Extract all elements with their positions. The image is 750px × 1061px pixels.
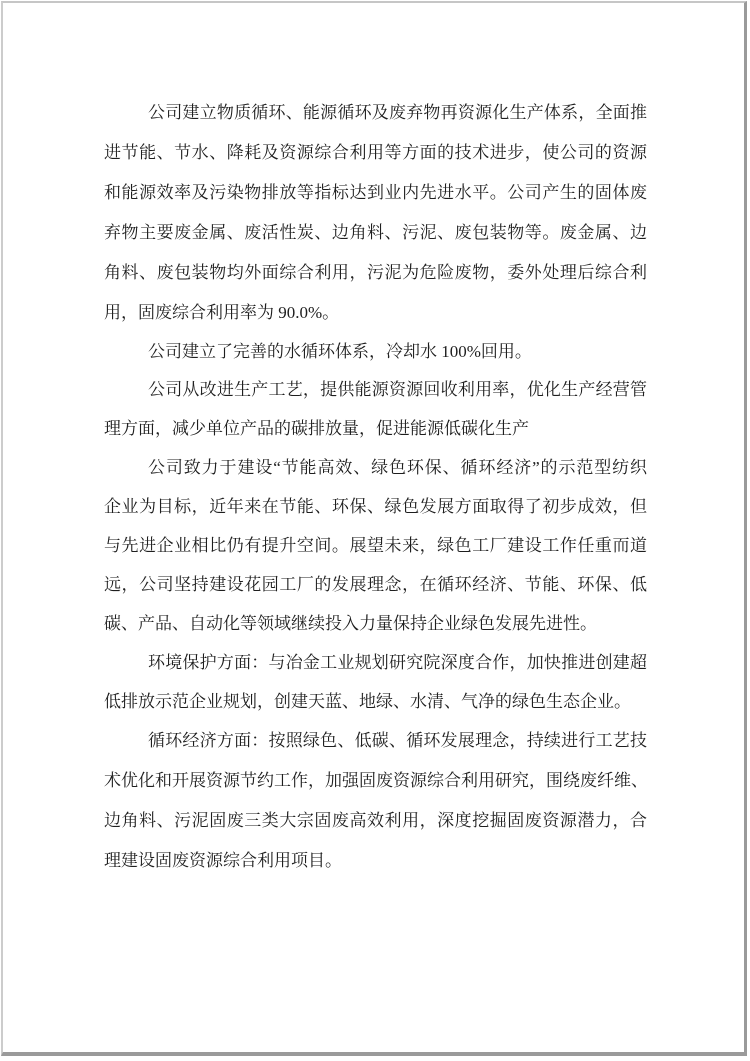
text-line: 公司致力于建设“节能高效、绿色环保、循环经济”的示范型纺织 bbox=[104, 448, 647, 487]
text-line: 角料、废包装物均外面综合利用，污泥为危险废物，委外处理后综合利 bbox=[104, 253, 647, 293]
paragraph: 公司从改进生产工艺，提供能源资源回收利用率，优化生产经营管理方面，减少单位产品的… bbox=[104, 370, 647, 448]
paragraph: 公司建立物质循环、能源循环及废弃物再资源化生产体系，全面推进节能、节水、降耗及资… bbox=[104, 93, 647, 333]
text-line: 环境保护方面：与冶金工业规划研究院深度合作，加快推进创建超 bbox=[104, 643, 647, 682]
text-line: 理建设固废资源综合利用项目。 bbox=[104, 841, 647, 881]
text-line: 公司建立物质循环、能源循环及废弃物再资源化生产体系，全面推 bbox=[104, 93, 647, 133]
paragraph: 公司建立了完善的水循环体系，冷却水 100%回用。 bbox=[104, 333, 647, 370]
paragraph: 公司致力于建设“节能高效、绿色环保、循环经济”的示范型纺织企业为目标，近年来在节… bbox=[104, 448, 647, 643]
paragraph: 循环经济方面：按照绿色、低碳、循环发展理念，持续进行工艺技术优化和开展资源节约工… bbox=[104, 721, 647, 881]
text-line: 边角料、污泥固废三类大宗固废高效利用，深度挖掘固废资源潜力，合 bbox=[104, 801, 647, 841]
text-line: 远，公司坚持建设花园工厂的发展理念，在循环经济、节能、环保、低 bbox=[104, 565, 647, 604]
text-line: 低排放示范企业规划，创建天蓝、地绿、水清、气净的绿色生态企业。 bbox=[104, 682, 647, 721]
paragraph: 环境保护方面：与冶金工业规划研究院深度合作，加快推进创建超低排放示范企业规划，创… bbox=[104, 643, 647, 721]
text-line: 循环经济方面：按照绿色、低碳、循环发展理念，持续进行工艺技 bbox=[104, 721, 647, 761]
document-content: 公司建立物质循环、能源循环及废弃物再资源化生产体系，全面推进节能、节水、降耗及资… bbox=[104, 93, 647, 881]
text-line: 碳、产品、自动化等领域继续投入力量保持企业绿色发展先进性。 bbox=[104, 604, 647, 643]
text-line: 理方面，减少单位产品的碳排放量，促进能源低碳化生产 bbox=[104, 409, 647, 448]
text-line: 和能源效率及污染物排放等指标达到业内先进水平。公司产生的固体废 bbox=[104, 173, 647, 213]
text-line: 与先进企业相比仍有提升空间。展望未来，绿色工厂建设工作任重而道 bbox=[104, 526, 647, 565]
text-line: 企业为目标，近年来在节能、环保、绿色发展方面取得了初步成效，但 bbox=[104, 487, 647, 526]
text-line: 进节能、节水、降耗及资源综合利用等方面的技术进步，使公司的资源 bbox=[104, 133, 647, 173]
text-line: 术优化和开展资源节约工作，加强固废资源综合利用研究，围绕废纤维、 bbox=[104, 761, 647, 801]
text-line: 公司建立了完善的水循环体系，冷却水 100%回用。 bbox=[104, 333, 647, 370]
text-line: 公司从改进生产工艺，提供能源资源回收利用率，优化生产经营管 bbox=[104, 370, 647, 409]
text-line: 弃物主要废金属、废活性炭、边角料、污泥、废包装物等。废金属、边 bbox=[104, 213, 647, 253]
text-line: 用，固废综合利用率为 90.0%。 bbox=[104, 293, 647, 333]
document-page: 公司建立物质循环、能源循环及废弃物再资源化生产体系，全面推进节能、节水、降耗及资… bbox=[1, 1, 747, 1056]
